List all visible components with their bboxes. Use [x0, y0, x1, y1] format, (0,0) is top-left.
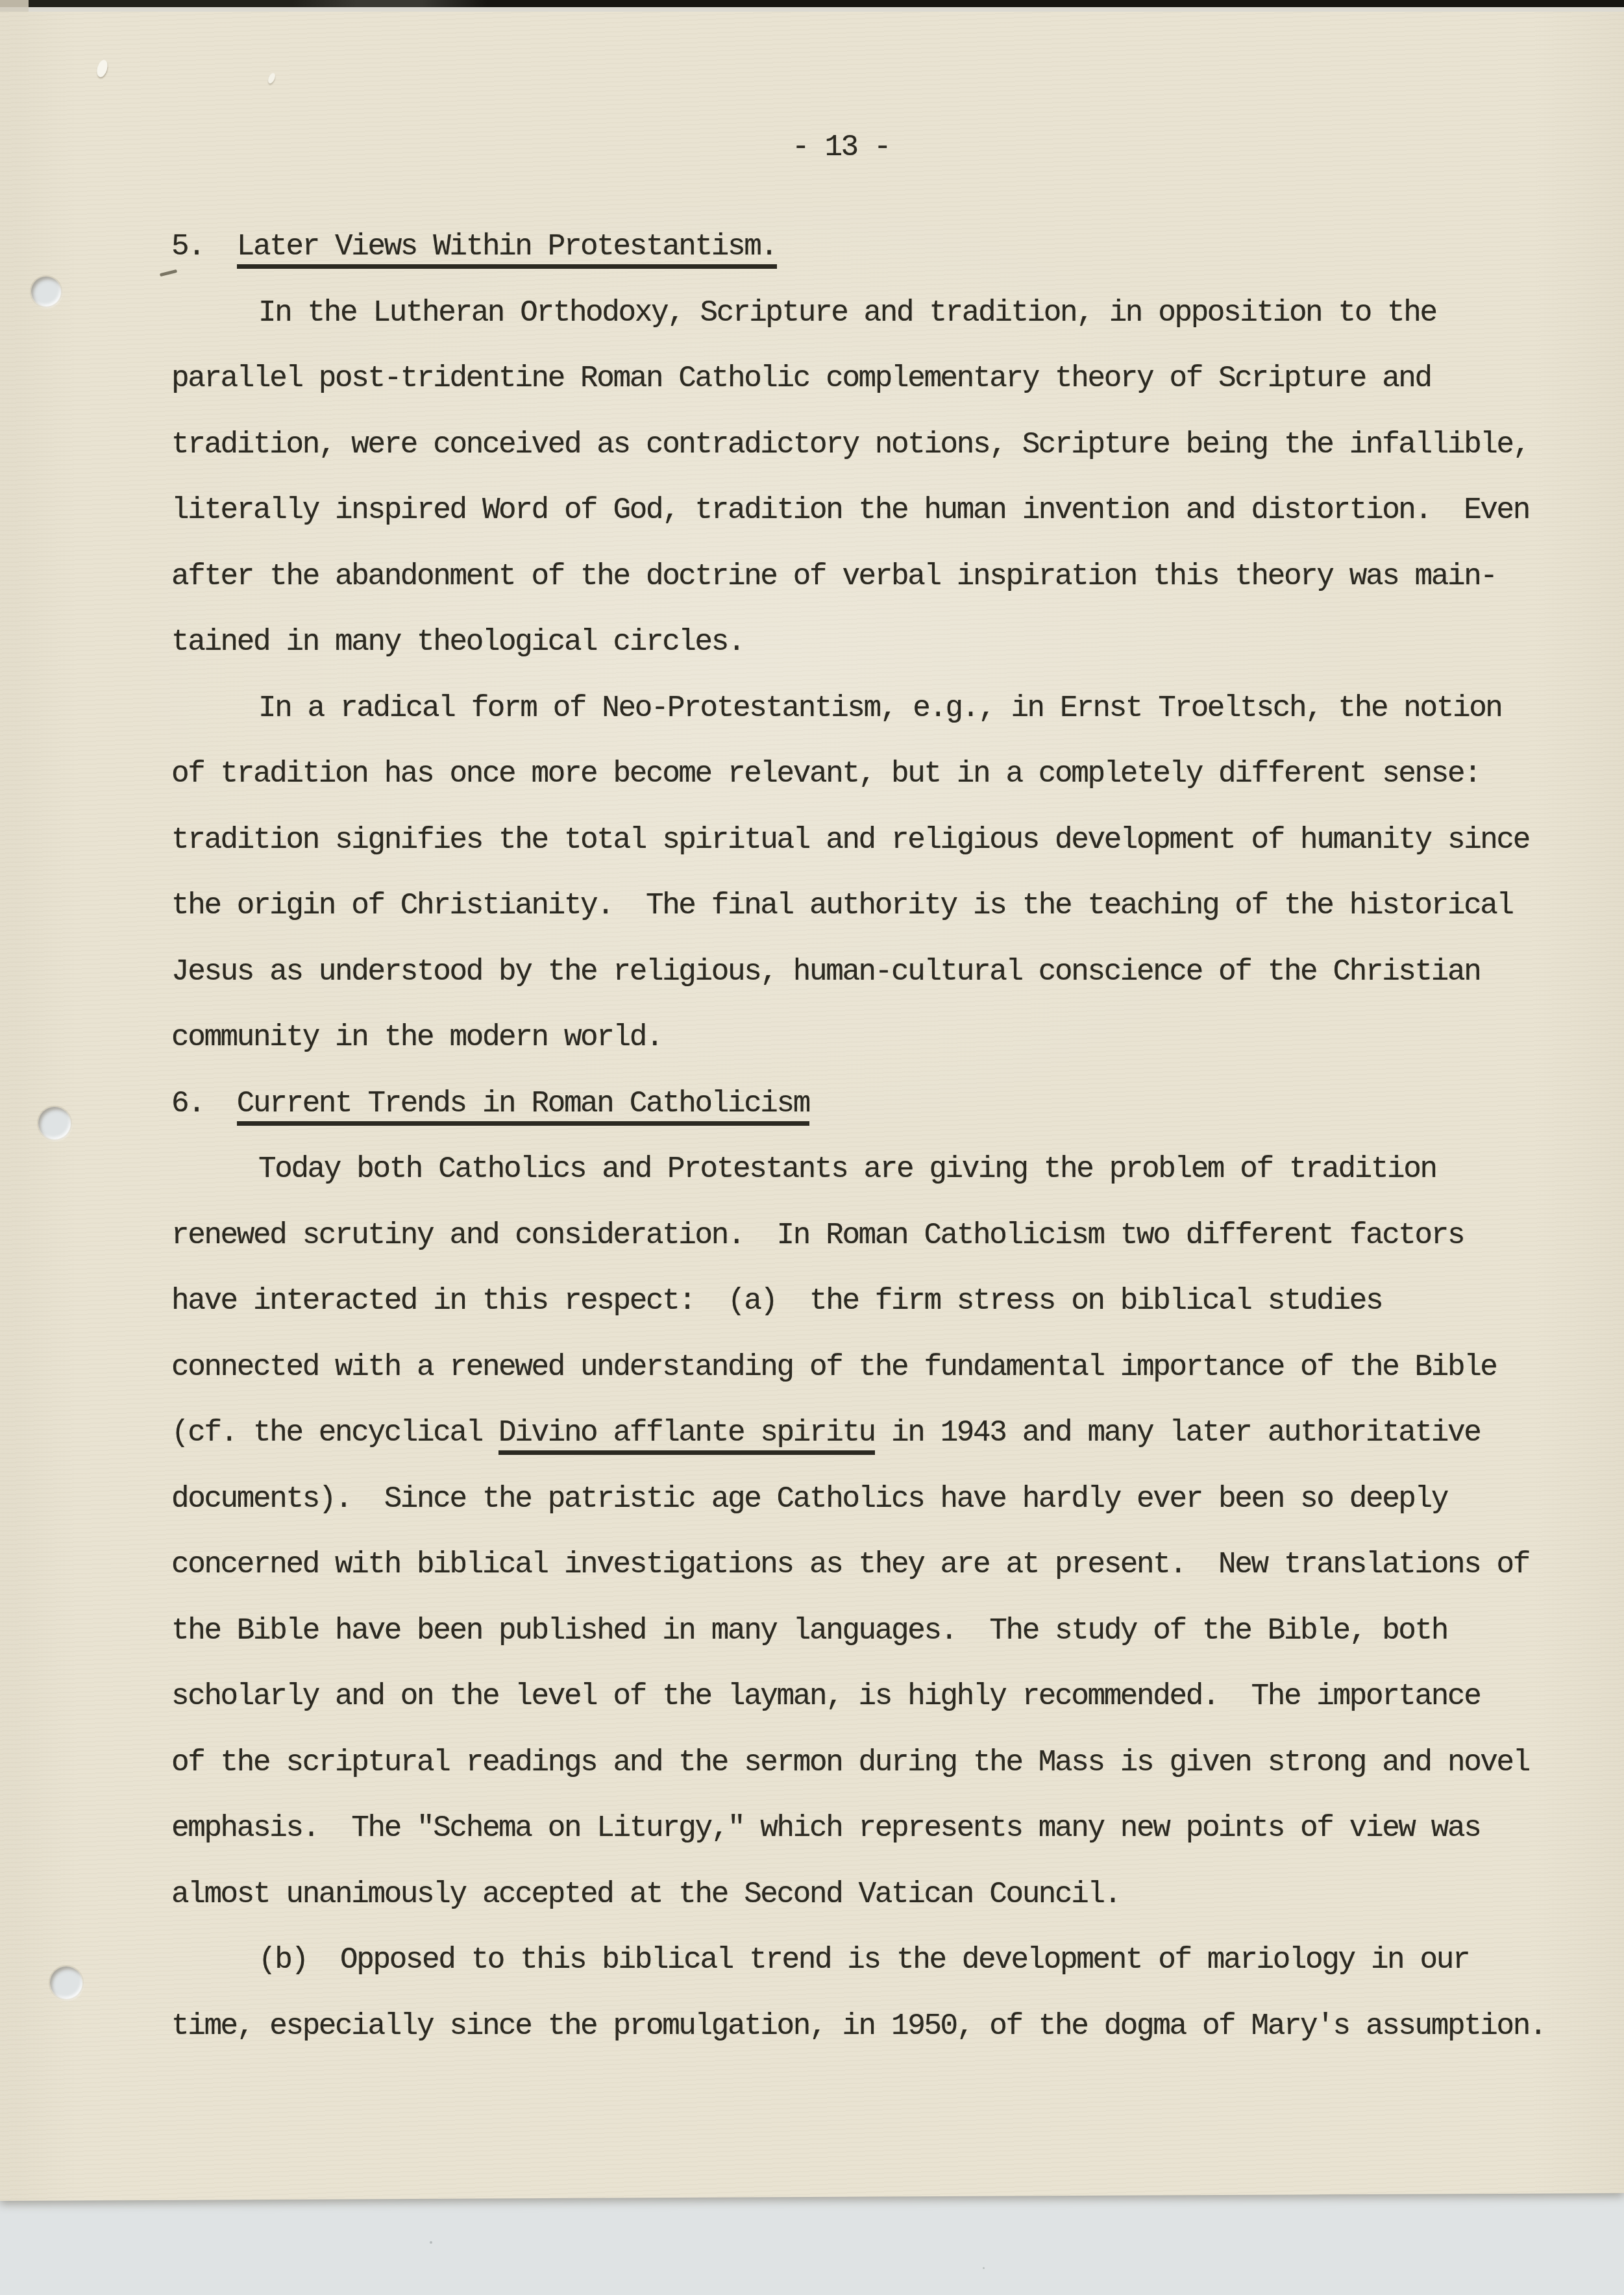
text-segment: after the abandonment of the doctrine of… [171, 560, 1497, 593]
text-line: community in the modern world. [171, 1023, 662, 1052]
scanner-bed-speck [983, 2267, 985, 2269]
text-segment: 5. [171, 230, 237, 264]
punch-hole-top [31, 277, 61, 306]
text-line: the Bible have been published in many la… [171, 1616, 1447, 1646]
text-line: scholarly and on the level of the layman… [171, 1681, 1480, 1711]
text-line: (cf. the encyclical Divino afflante spir… [171, 1418, 1480, 1448]
section-heading: 5. Later Views Within Protestantism. [171, 232, 777, 262]
text-line: documents). Since the patristic age Cath… [171, 1484, 1447, 1514]
text-segment: the Bible have been published in many la… [171, 1614, 1447, 1648]
text-line: connected with a renewed understanding o… [171, 1352, 1497, 1382]
text-line: of tradition has once more become releva… [171, 759, 1480, 789]
text-segment: in 1943 and many later authoritative [875, 1416, 1481, 1450]
text-segment: the origin of Christianity. The final au… [171, 889, 1513, 923]
text-segment: concerned with biblical investigations a… [171, 1548, 1529, 1582]
text-segment: 6. [171, 1087, 237, 1121]
text-line: tradition, were conceived as contradicto… [171, 430, 1529, 460]
text-line: In the Lutheran Orthodoxy, Scripture and… [258, 298, 1436, 328]
text-segment: literally inspired Word of God, traditio… [171, 493, 1529, 527]
scanner-edge-dark [0, 0, 1624, 7]
document-page: - 13 - 5. Later Views Within Protestanti… [0, 12, 1624, 2201]
text-segment: tradition, were conceived as contradicto… [171, 428, 1529, 462]
scanner-edge-strip [0, 0, 1624, 12]
text-line: Jesus as understood by the religious, hu… [171, 957, 1480, 987]
text-segment: parallel post-tridentine Roman Catholic … [171, 362, 1431, 395]
text-segment: scholarly and on the level of the layman… [171, 1680, 1480, 1713]
text-segment: (cf. the encyclical [171, 1416, 498, 1450]
text-segment: documents). Since the patristic age Cath… [171, 1482, 1447, 1516]
scanner-bed-speck [430, 2241, 432, 2244]
typewritten-text: 5. Later Views Within Protestantism.In t… [0, 12, 1624, 2201]
text-line: the origin of Christianity. The final au… [171, 891, 1513, 921]
text-segment: of the scriptural readings and the sermo… [171, 1746, 1529, 1780]
underlined-phrase: Current Trends in Roman Catholicism [237, 1087, 809, 1126]
text-line: In a radical form of Neo-Protestantism, … [258, 693, 1502, 723]
text-segment: tradition signifies the total spiritual … [171, 823, 1529, 857]
text-segment: renewed scrutiny and consideration. In R… [171, 1219, 1464, 1252]
text-segment: In a radical form of Neo-Protestantism, … [258, 691, 1502, 725]
text-segment: of tradition has once more become releva… [171, 757, 1480, 791]
text-segment: connected with a renewed understanding o… [171, 1350, 1497, 1384]
text-line: parallel post-tridentine Roman Catholic … [171, 364, 1431, 393]
scanner-edge-highlight [0, 7, 1624, 12]
punch-hole-bottom [50, 1966, 82, 1999]
text-segment: community in the modern world. [171, 1021, 662, 1054]
text-line: tradition signifies the total spiritual … [171, 825, 1529, 855]
underlined-phrase: Divino afflante spiritu [498, 1416, 875, 1455]
text-segment: have interacted in this respect: (a) the… [171, 1284, 1382, 1318]
text-line: renewed scrutiny and consideration. In R… [171, 1221, 1464, 1250]
text-line: literally inspired Word of God, traditio… [171, 495, 1529, 525]
scanned-page-wrap: - 13 - 5. Later Views Within Protestanti… [0, 0, 1624, 2295]
text-line: Today both Catholics and Protestants are… [258, 1154, 1436, 1184]
text-line: time, especially since the promulgation,… [171, 2011, 1545, 2041]
text-segment: time, especially since the promulgation,… [171, 2009, 1545, 2043]
text-line: emphasis. The "Schema on Liturgy," which… [171, 1813, 1480, 1843]
text-segment: tained in many theological circles. [171, 625, 744, 659]
text-line: of the scriptural readings and the sermo… [171, 1748, 1529, 1778]
text-line: tained in many theological circles. [171, 627, 744, 657]
text-segment: In the Lutheran Orthodoxy, Scripture and… [258, 296, 1436, 330]
text-segment: Today both Catholics and Protestants are… [258, 1152, 1436, 1186]
text-segment: Jesus as understood by the religious, hu… [171, 955, 1480, 989]
text-line: after the abandonment of the doctrine of… [171, 562, 1497, 591]
text-line: have interacted in this respect: (a) the… [171, 1286, 1382, 1316]
text-segment: (b) Opposed to this biblical trend is th… [258, 1943, 1469, 1977]
underlined-phrase: Later Views Within Protestantism. [237, 230, 777, 269]
text-line: (b) Opposed to this biblical trend is th… [258, 1945, 1469, 1975]
section-heading: 6. Current Trends in Roman Catholicism [171, 1089, 809, 1119]
text-line: concerned with biblical investigations a… [171, 1550, 1529, 1580]
text-line: almost unanimously accepted at the Secon… [171, 1879, 1120, 1909]
text-segment: almost unanimously accepted at the Secon… [171, 1878, 1120, 1911]
punch-hole-middle [38, 1107, 71, 1139]
text-segment: emphasis. The "Schema on Liturgy," which… [171, 1811, 1480, 1845]
